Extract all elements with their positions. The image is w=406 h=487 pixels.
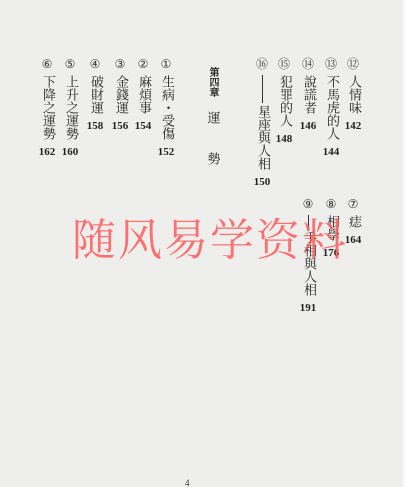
item-number: ③	[115, 57, 126, 71]
chapter-heading: 第四章 運勢	[205, 67, 219, 193]
toc-item-12[interactable]: ⑫ 人情味 142	[345, 57, 361, 132]
toc-item-6[interactable]: ⑥ 下降之運勢 162	[39, 57, 55, 158]
item-page: 152	[158, 146, 175, 158]
chapter-label: 第四章	[206, 67, 218, 97]
item-title: 星座與人相	[254, 105, 270, 170]
toc-item-14[interactable]: ⑭ 說謊者 146	[300, 57, 316, 132]
item-number: ⑬	[325, 57, 337, 71]
dash-rule	[262, 75, 263, 103]
toc-item-16[interactable]: ⑯ 星座與人相 150	[254, 57, 270, 188]
toc-item-2[interactable]: ② 麻煩事 154	[135, 57, 151, 132]
item-title: 不馬虎的人	[323, 75, 339, 140]
item-title: 金錢運	[112, 75, 128, 114]
item-page: 191	[300, 302, 317, 314]
item-number: ⑧	[326, 197, 337, 211]
item-title: 犯罪的人	[276, 75, 292, 127]
item-page: 162	[39, 146, 56, 158]
item-title: 下降之運勢	[39, 75, 55, 140]
toc-item-5[interactable]: ⑤ 上升之運勢 160	[62, 57, 78, 158]
item-page: 146	[300, 120, 317, 132]
item-page: 144	[323, 146, 340, 158]
item-title: 上升之運勢	[62, 75, 78, 140]
watermark: 随风易学资料	[72, 213, 348, 269]
item-number: ⑭	[302, 57, 314, 71]
item-number: ⑫	[347, 57, 359, 71]
item-number: ⑯	[256, 57, 268, 71]
item-page: 160	[62, 146, 79, 158]
item-page: 158	[87, 120, 104, 132]
toc-item-13[interactable]: ⑬ 不馬虎的人 144	[323, 57, 339, 158]
item-number: ⑨	[303, 197, 314, 211]
item-page: 150	[254, 176, 271, 188]
item-number: ⑤	[65, 57, 76, 71]
item-number: ⑦	[348, 197, 359, 211]
item-title: 說謊者	[300, 75, 316, 114]
item-number: ⑥	[42, 57, 53, 71]
item-number: ①	[161, 57, 172, 71]
item-title: 破財運	[87, 75, 103, 114]
item-number: ⑮	[278, 57, 290, 71]
toc-item-4[interactable]: ④ 破財運 158	[87, 57, 103, 132]
toc-item-15[interactable]: ⑮ 犯罪的人 148	[276, 57, 292, 145]
item-page: 148	[276, 133, 293, 145]
toc-item-1[interactable]: ① 生病・受傷 152	[158, 57, 174, 158]
toc-item-3[interactable]: ③ 金錢運 156	[112, 57, 128, 132]
item-page: 142	[345, 120, 362, 132]
item-number: ②	[138, 57, 149, 71]
item-title: 生病・受傷	[158, 75, 174, 140]
item-number: ④	[90, 57, 101, 71]
item-page: 154	[135, 120, 152, 132]
item-title: 麻煩事	[135, 75, 151, 114]
page-number: 4	[185, 478, 190, 487]
chapter-title: 運勢	[203, 111, 222, 193]
item-page: 156	[112, 120, 129, 132]
item-title: 人情味	[345, 75, 361, 114]
